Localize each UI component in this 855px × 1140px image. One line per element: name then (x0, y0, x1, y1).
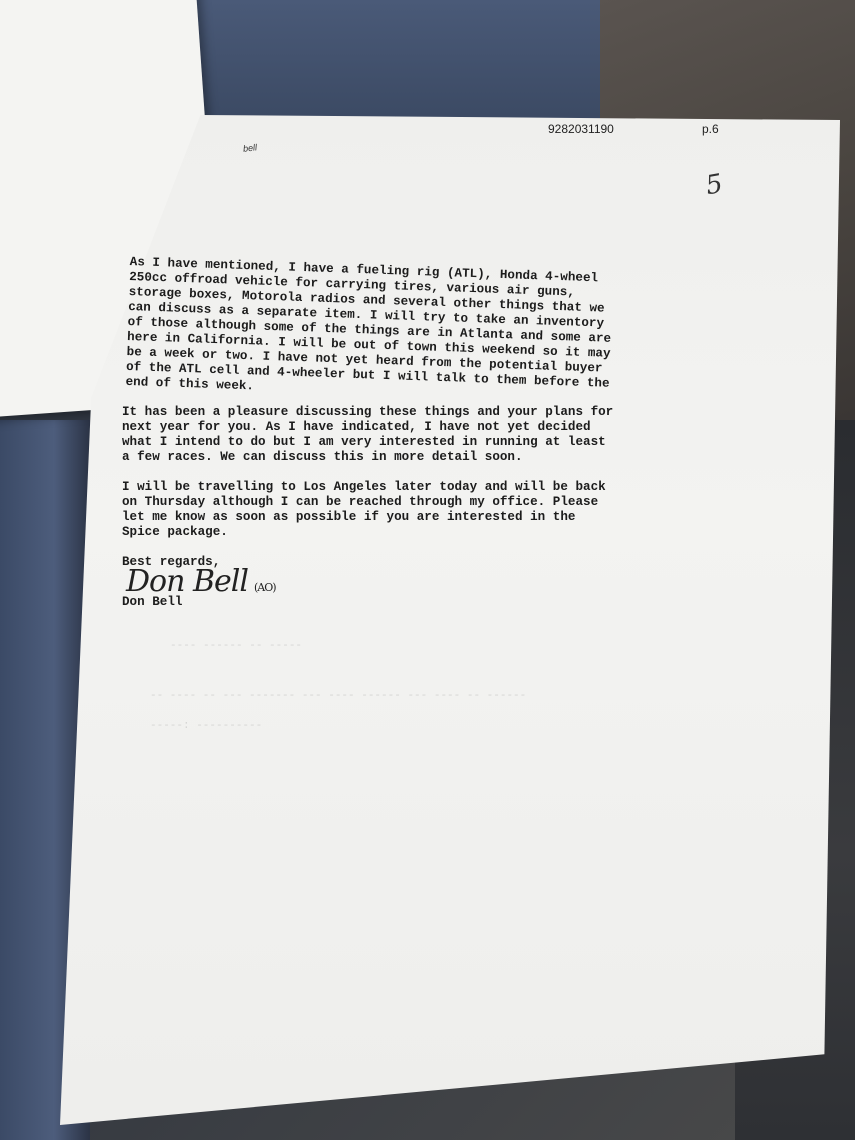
bleed-through-text: -- ---- -- --- ------- --- ---- ------ -… (150, 690, 526, 702)
letter-body: As I have mentioned, I have a fueling ri… (122, 255, 722, 610)
fax-sender-tag: bell (243, 142, 258, 153)
paragraph-plans: It has been a pleasure discussing these … (122, 405, 722, 465)
bleed-through-text: ---- ------ -- ----- (170, 640, 302, 652)
fax-phone-number: 9282031190 (548, 122, 614, 136)
fax-page-number: p.6 (702, 122, 719, 136)
signature-initials: (AO) (254, 581, 276, 594)
signature-script: Don Bell (126, 564, 248, 599)
signature: Don Bell(AO) (126, 574, 722, 595)
paragraph-travel: I will be travelling to Los Angeles late… (122, 480, 722, 540)
bleed-through-text: -----: ---------- (150, 720, 262, 732)
paragraph-inventory: As I have mentioned, I have a fueling ri… (125, 255, 721, 411)
